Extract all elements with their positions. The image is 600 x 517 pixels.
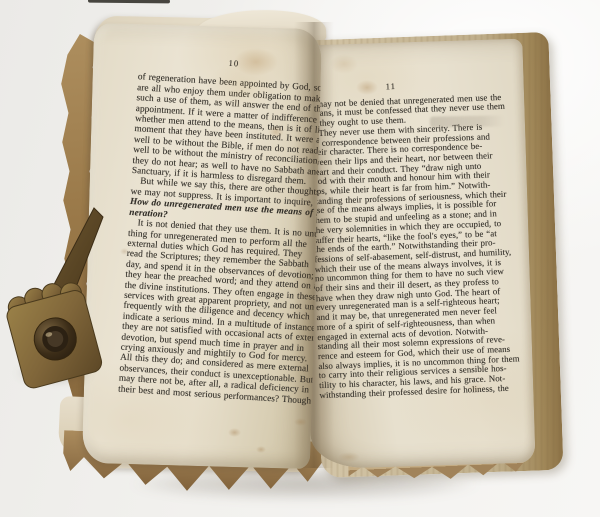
page-number-left: 10 <box>139 52 322 74</box>
right-page-lines: it may not be denied that unregenerated … <box>308 92 521 400</box>
right-page: 11 it may not be denied that unregenerat… <box>298 39 535 470</box>
brass-page-holder <box>0 198 120 413</box>
ink-smudge <box>430 115 504 127</box>
left-page-text: 10 of regeneration have been appointed b… <box>118 52 322 407</box>
left-page-lines: of regeneration have been appointed by G… <box>118 73 322 408</box>
open-book-photo: 11 it may not be denied that unregenerat… <box>0 0 600 517</box>
photo-edge-artifact <box>88 0 170 3</box>
